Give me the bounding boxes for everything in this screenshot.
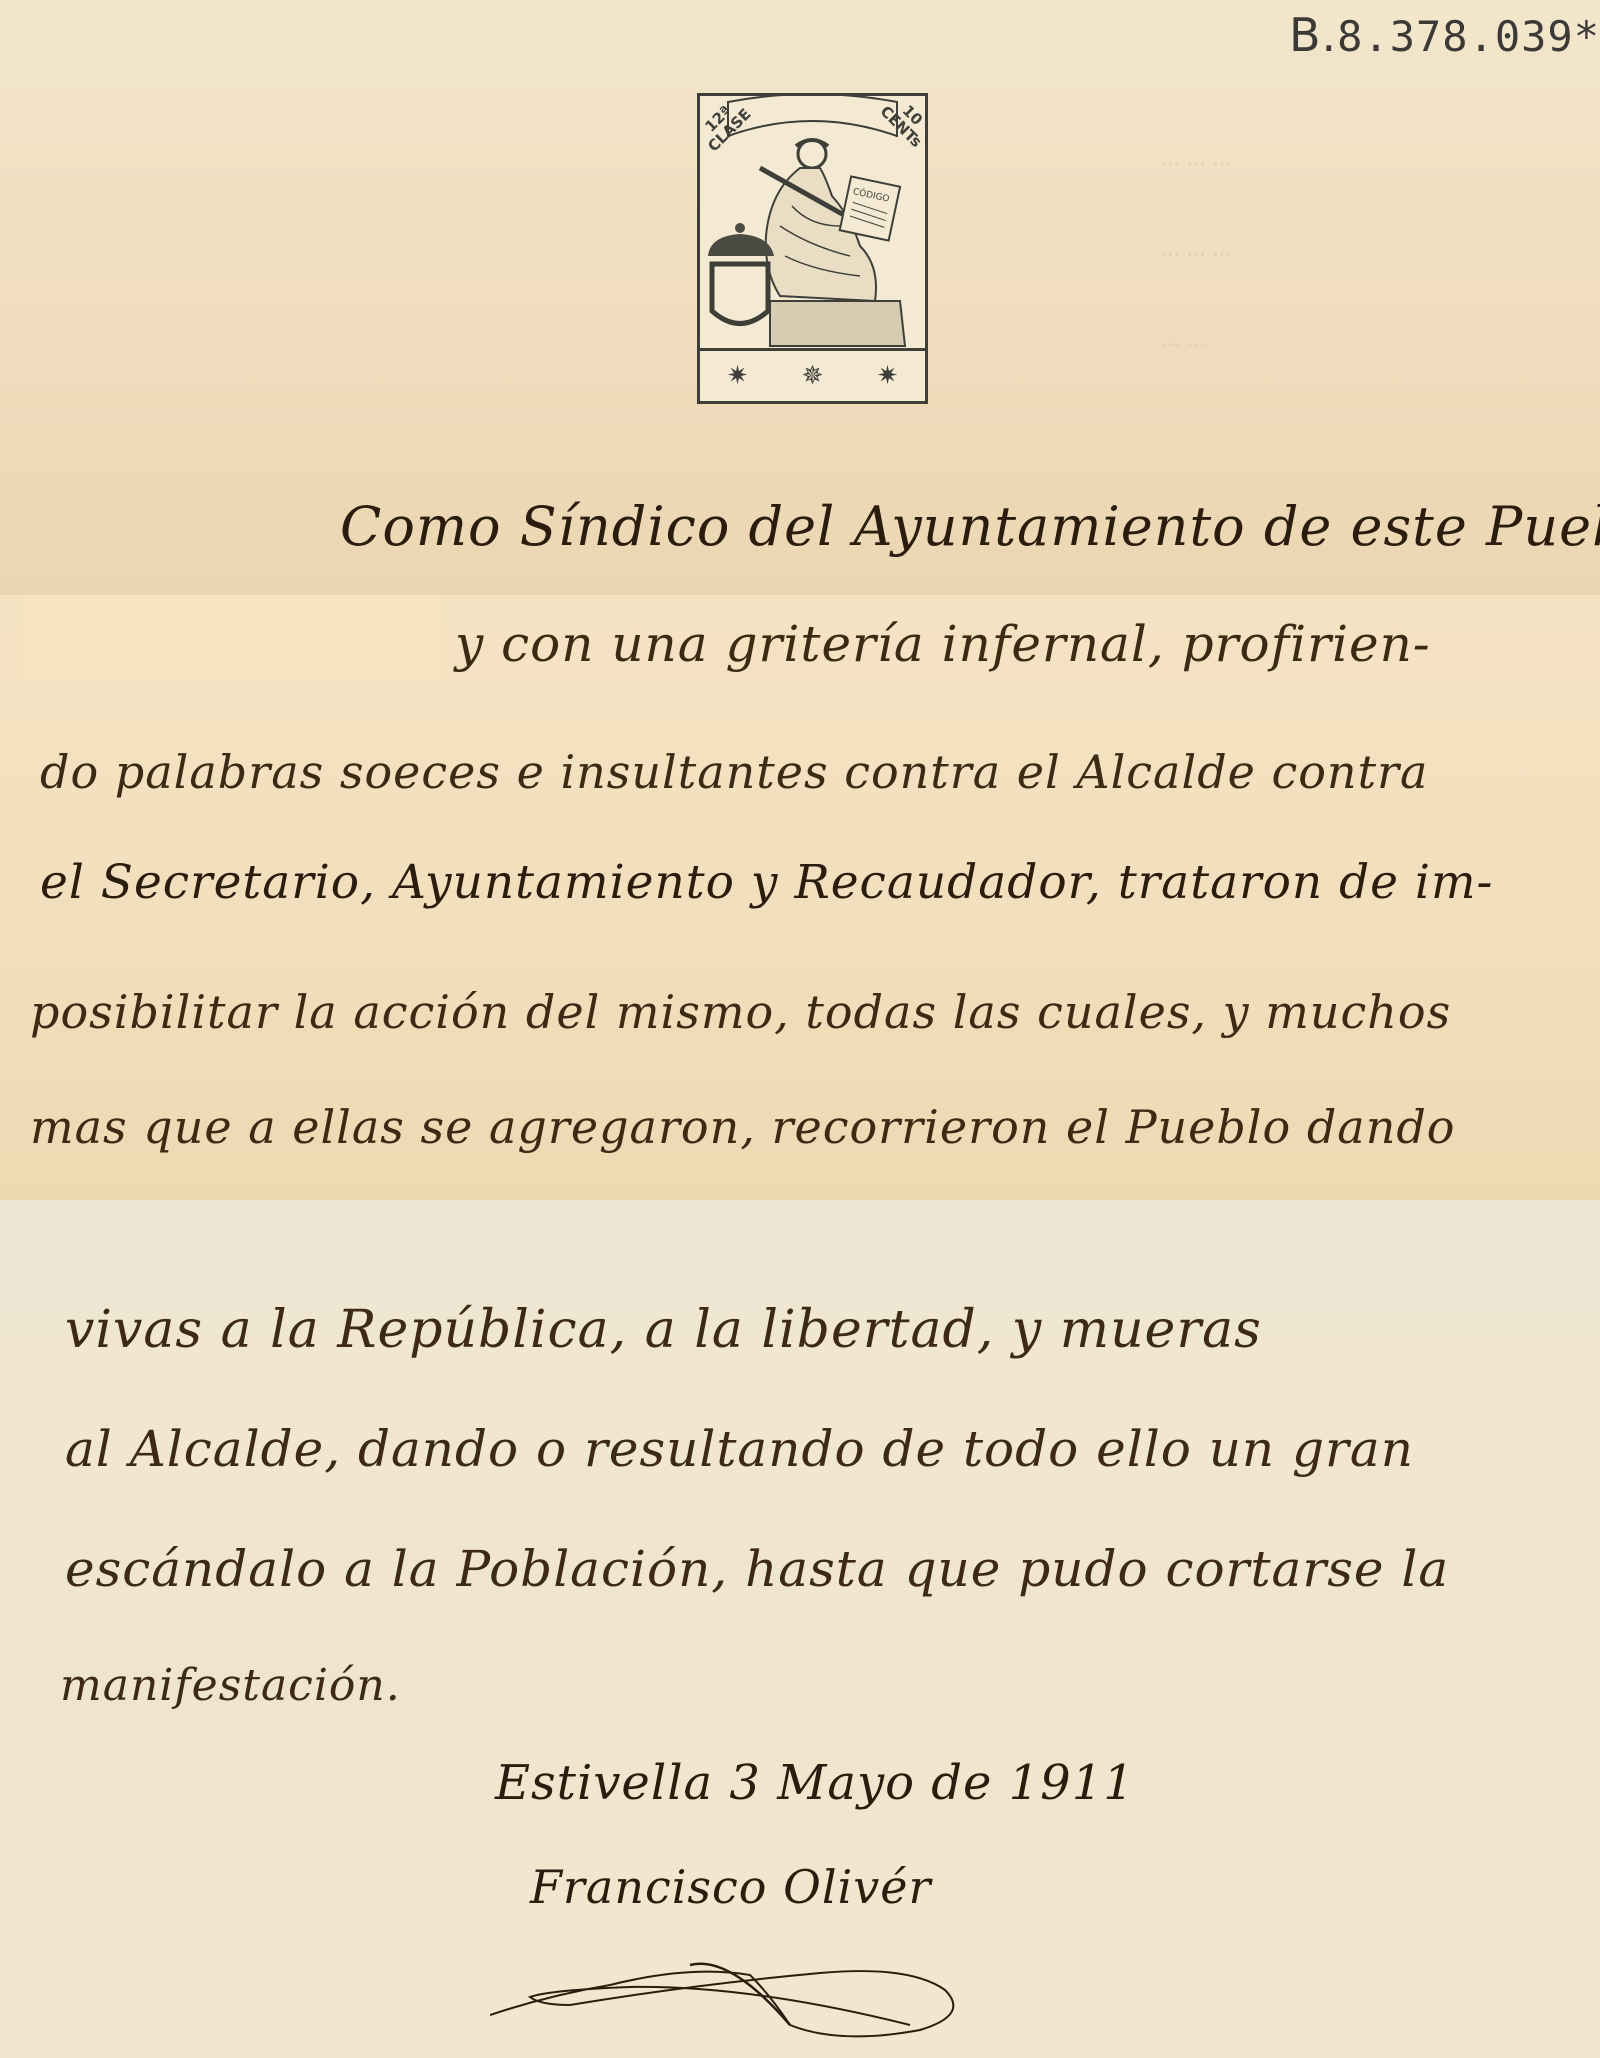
body-line-4: el Secretario, Ayuntamiento y Recaudador… <box>40 855 1493 910</box>
body-line-8: al Alcalde, dando o resultando de todo e… <box>65 1420 1414 1478</box>
signature-flourish-icon <box>490 1935 1010 2045</box>
place-date: Estivella 3 Mayo de 1911 <box>495 1755 1135 1811</box>
bleed-through-text: ··· ··· ··· <box>1160 240 1232 270</box>
star-ornament-icon: ✷ <box>727 361 749 391</box>
body-line-6: mas que a ellas se agregaron, recorriero… <box>30 1100 1455 1154</box>
star-ornament-icon: ✷ <box>877 361 899 391</box>
body-line-10: manifestación. <box>60 1660 401 1711</box>
body-line-5: posibilitar la acción del mismo, todas l… <box>30 985 1451 1039</box>
stamp-ornament-strip: ✷ ✵ ✷ <box>700 348 925 401</box>
bleed-through-text: ··· ··· <box>1160 330 1206 360</box>
revenue-stamp: CÓDIGO 12ª CLASE 10 CENTs ✷ ✵ ✷ <box>697 93 928 404</box>
signatory-name: Francisco Olivér <box>530 1860 931 1914</box>
catalog-suffix: * <box>1574 12 1600 61</box>
body-line-1: Como Síndico del Ayuntamiento de este Pu… <box>340 495 1600 558</box>
body-line-3: do palabras soeces e insultantes contra … <box>40 745 1428 799</box>
body-line-7: vivas a la República, a la libertad, y m… <box>65 1300 1262 1360</box>
catalog-prefix: B. <box>1289 8 1337 62</box>
body-line-9: escándalo a la Población, hasta que pudo… <box>65 1540 1449 1598</box>
star-ornament-icon: ✵ <box>802 361 824 391</box>
catalog-number: B.8.378.039* <box>1289 8 1600 62</box>
catalog-digits: 8.378.039 <box>1337 12 1574 61</box>
bleed-through-text: ··· ··· ··· <box>1160 150 1232 180</box>
redacted-blank-area <box>22 598 442 678</box>
body-line-2: y con una gritería infernal, profirien- <box>455 615 1431 673</box>
